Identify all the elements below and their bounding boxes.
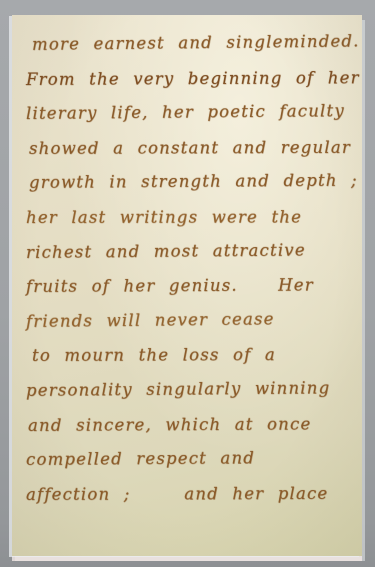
manuscript-line: From the very beginning of her — [26, 61, 356, 97]
manuscript-line: compelled respect and — [26, 441, 356, 478]
manuscript-line: literary life, her poetic faculty — [26, 94, 356, 131]
manuscript-line: more earnest and singleminded. — [26, 25, 356, 63]
manuscript-line: richest and most attractive — [26, 233, 356, 270]
manuscript-paper: more earnest and singleminded. From the … — [12, 15, 362, 556]
manuscript-line: fruits of her genius. Her — [26, 268, 356, 304]
manuscript-line: growth in strength and depth ; — [26, 164, 356, 201]
manuscript-line: personality singularly winning — [26, 371, 356, 408]
manuscript-line: friends will never cease — [26, 301, 356, 339]
manuscript-line: her last writings were the — [26, 200, 356, 235]
manuscript-text-block: more earnest and singleminded. From the … — [26, 28, 356, 512]
manuscript-line: and sincere, which at once — [26, 407, 356, 443]
manuscript-line: affection ; and her place — [26, 477, 356, 513]
photo-frame: more earnest and singleminded. From the … — [0, 0, 375, 567]
manuscript-line: showed a constant and regular — [26, 131, 356, 167]
manuscript-line: to mourn the loss of a — [26, 338, 356, 374]
